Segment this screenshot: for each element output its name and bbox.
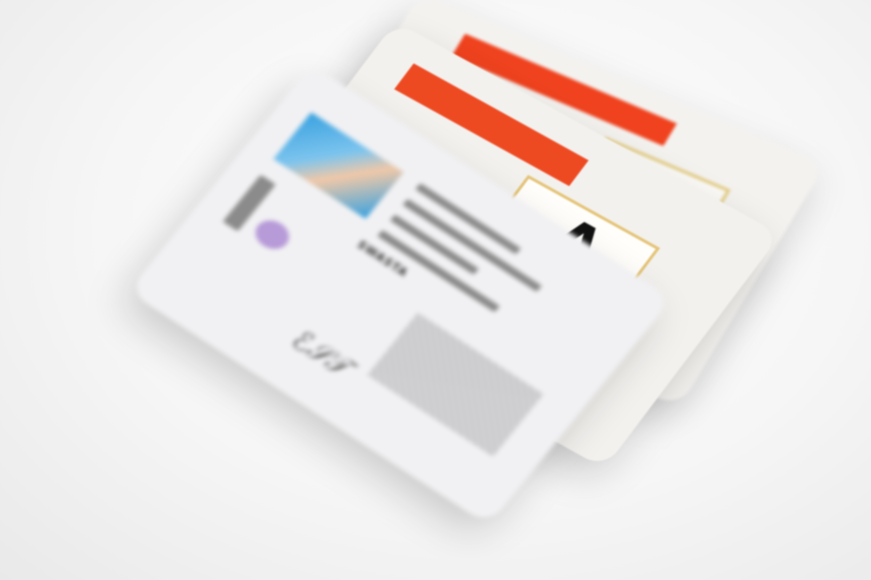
photo-scene: C METRO JAYA PRIA A METRO JAYA PRIA SWAS… [0, 0, 871, 580]
text-line [403, 199, 542, 292]
security-pattern [367, 313, 543, 457]
id-photo [273, 112, 403, 219]
hologram-icon [249, 214, 295, 254]
signature-icon: ℰ𝒮𝒯 [285, 324, 357, 383]
